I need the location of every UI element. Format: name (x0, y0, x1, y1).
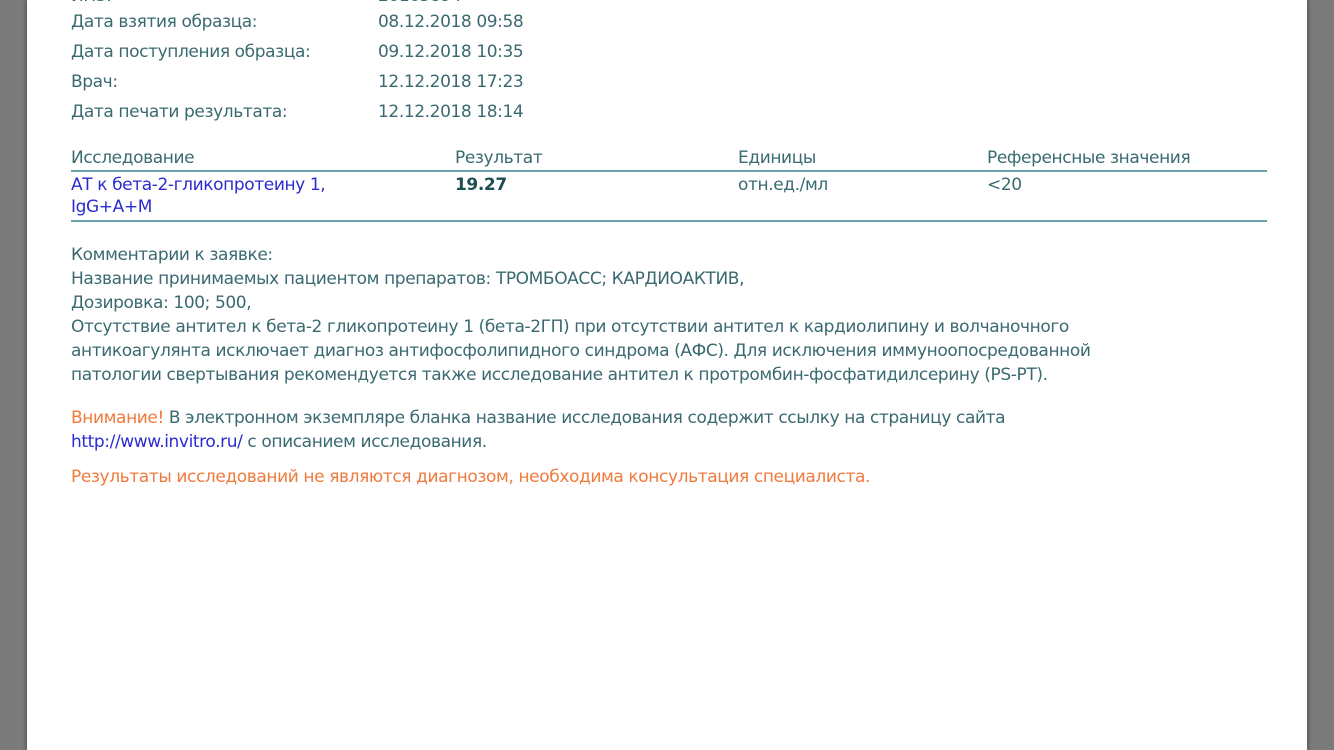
column-header-test: Исследование (71, 147, 194, 169)
info-value: 08.12.2018 09:58 (378, 9, 523, 35)
reference-value: <20 (987, 174, 1022, 196)
column-header-reference: Референсные значения (987, 147, 1190, 169)
invitro-site-link[interactable]: http://www.invitro.ru/ (71, 432, 242, 452)
warning-notice: Внимание! В электронном экземпляре бланк… (71, 406, 1005, 454)
test-name-link[interactable]: АТ к бета-2-гликопротеину 1, IgG+A+M (71, 174, 401, 218)
comments-title: Комментарии к заявке: (71, 243, 1271, 267)
warning-text: В электронном экземпляре бланка название… (164, 408, 1005, 428)
comments-note-line: Отсутствие антител к бета-2 гликопротеин… (71, 315, 1271, 339)
comments-section: Комментарии к заявке: Название принимаем… (71, 243, 1271, 387)
result-value: 19.27 (455, 174, 507, 196)
comments-note-line: патологии свертывания рекомендуется такж… (71, 363, 1271, 387)
units-value: отн.ед./мл (738, 174, 828, 196)
info-label: Дата поступления образца: (71, 39, 310, 65)
results-table-header: Исследование Результат Единицы Референсн… (71, 146, 1267, 172)
column-header-units: Единицы (738, 147, 816, 169)
info-label: Дата взятия образца: (71, 9, 257, 35)
info-label: Дата печати результата: (71, 99, 287, 125)
info-value: 20165894 (378, 0, 461, 9)
info-value: 12.12.2018 17:23 (378, 69, 523, 95)
column-header-result: Результат (455, 147, 542, 169)
info-value: 09.12.2018 10:35 (378, 39, 523, 65)
comments-note-line: антикоагулянта исключает диагноз антифос… (71, 339, 1271, 363)
table-row: АТ к бета-2-гликопротеину 1, IgG+A+M 19.… (71, 172, 1267, 222)
info-value: 12.12.2018 18:14 (378, 99, 523, 125)
info-label: Врач: (71, 69, 118, 95)
comments-dosage: Дозировка: 100; 500, (71, 291, 1271, 315)
comments-drugs: Название принимаемых пациентом препарато… (71, 267, 1271, 291)
warning-label: Внимание! (71, 408, 164, 428)
info-label: ИНЗ: (71, 0, 112, 9)
test-cell: АТ к бета-2-гликопротеину 1, IgG+A+M (71, 174, 401, 218)
warning-text-2: с описанием исследования. (242, 432, 486, 452)
document-page: ИНЗ: 20165894 Дата взятия образца: 08.12… (27, 0, 1307, 750)
disclaimer: Результаты исследований не являются диаг… (71, 465, 870, 489)
